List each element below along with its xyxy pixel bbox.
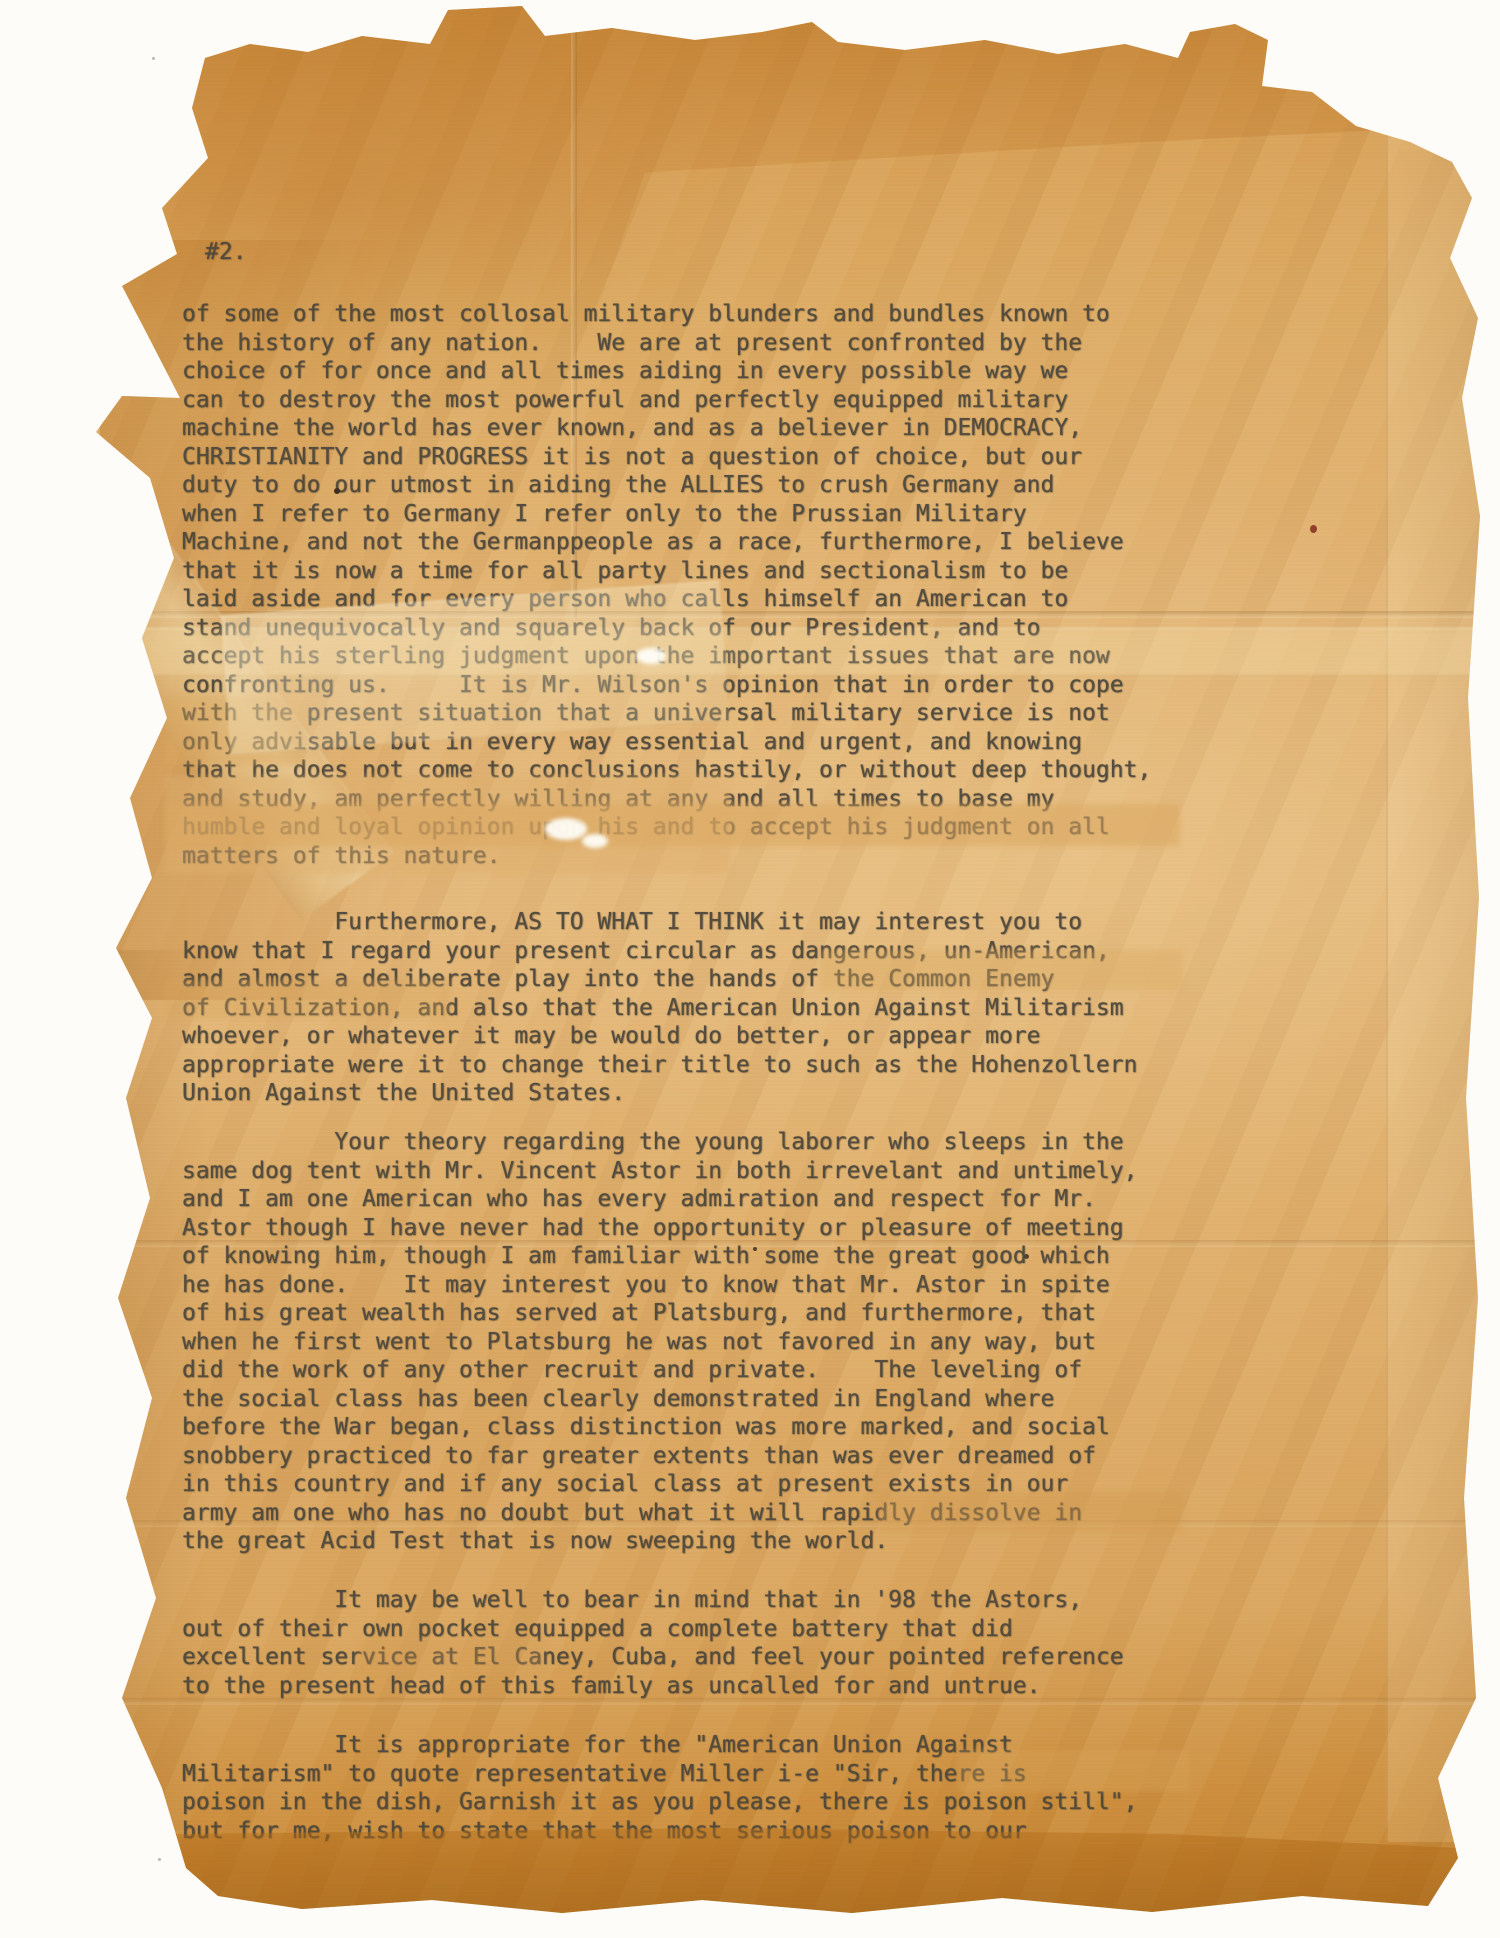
- scan-dust-speck: [152, 57, 155, 60]
- letter-paper: #2. of some of the most collosal militar…: [0, 0, 1500, 1938]
- ink-fade-el-caney: [358, 1638, 543, 1674]
- page-number: #2.: [205, 238, 247, 267]
- ink-fade-of-civilization: [165, 980, 450, 1018]
- ink-fade-obscured-line: [165, 804, 1180, 846]
- paragraph-4: It may be well to bear in mind that in '…: [182, 1586, 1124, 1700]
- scan-dust-speck: [158, 1858, 161, 1861]
- ink-fade-common-enemy: [820, 950, 1182, 990]
- letter-text: #2. of some of the most collosal militar…: [0, 0, 1500, 1938]
- scanned-document: #2. of some of the most collosal militar…: [0, 0, 1500, 1938]
- ink-fade-left-words: [165, 695, 305, 765]
- ink-fade-there-is: [958, 1750, 1190, 1792]
- ink-fade-fold-band: [112, 630, 1480, 676]
- ink-fade-rapidly-dissolve: [878, 1492, 1182, 1532]
